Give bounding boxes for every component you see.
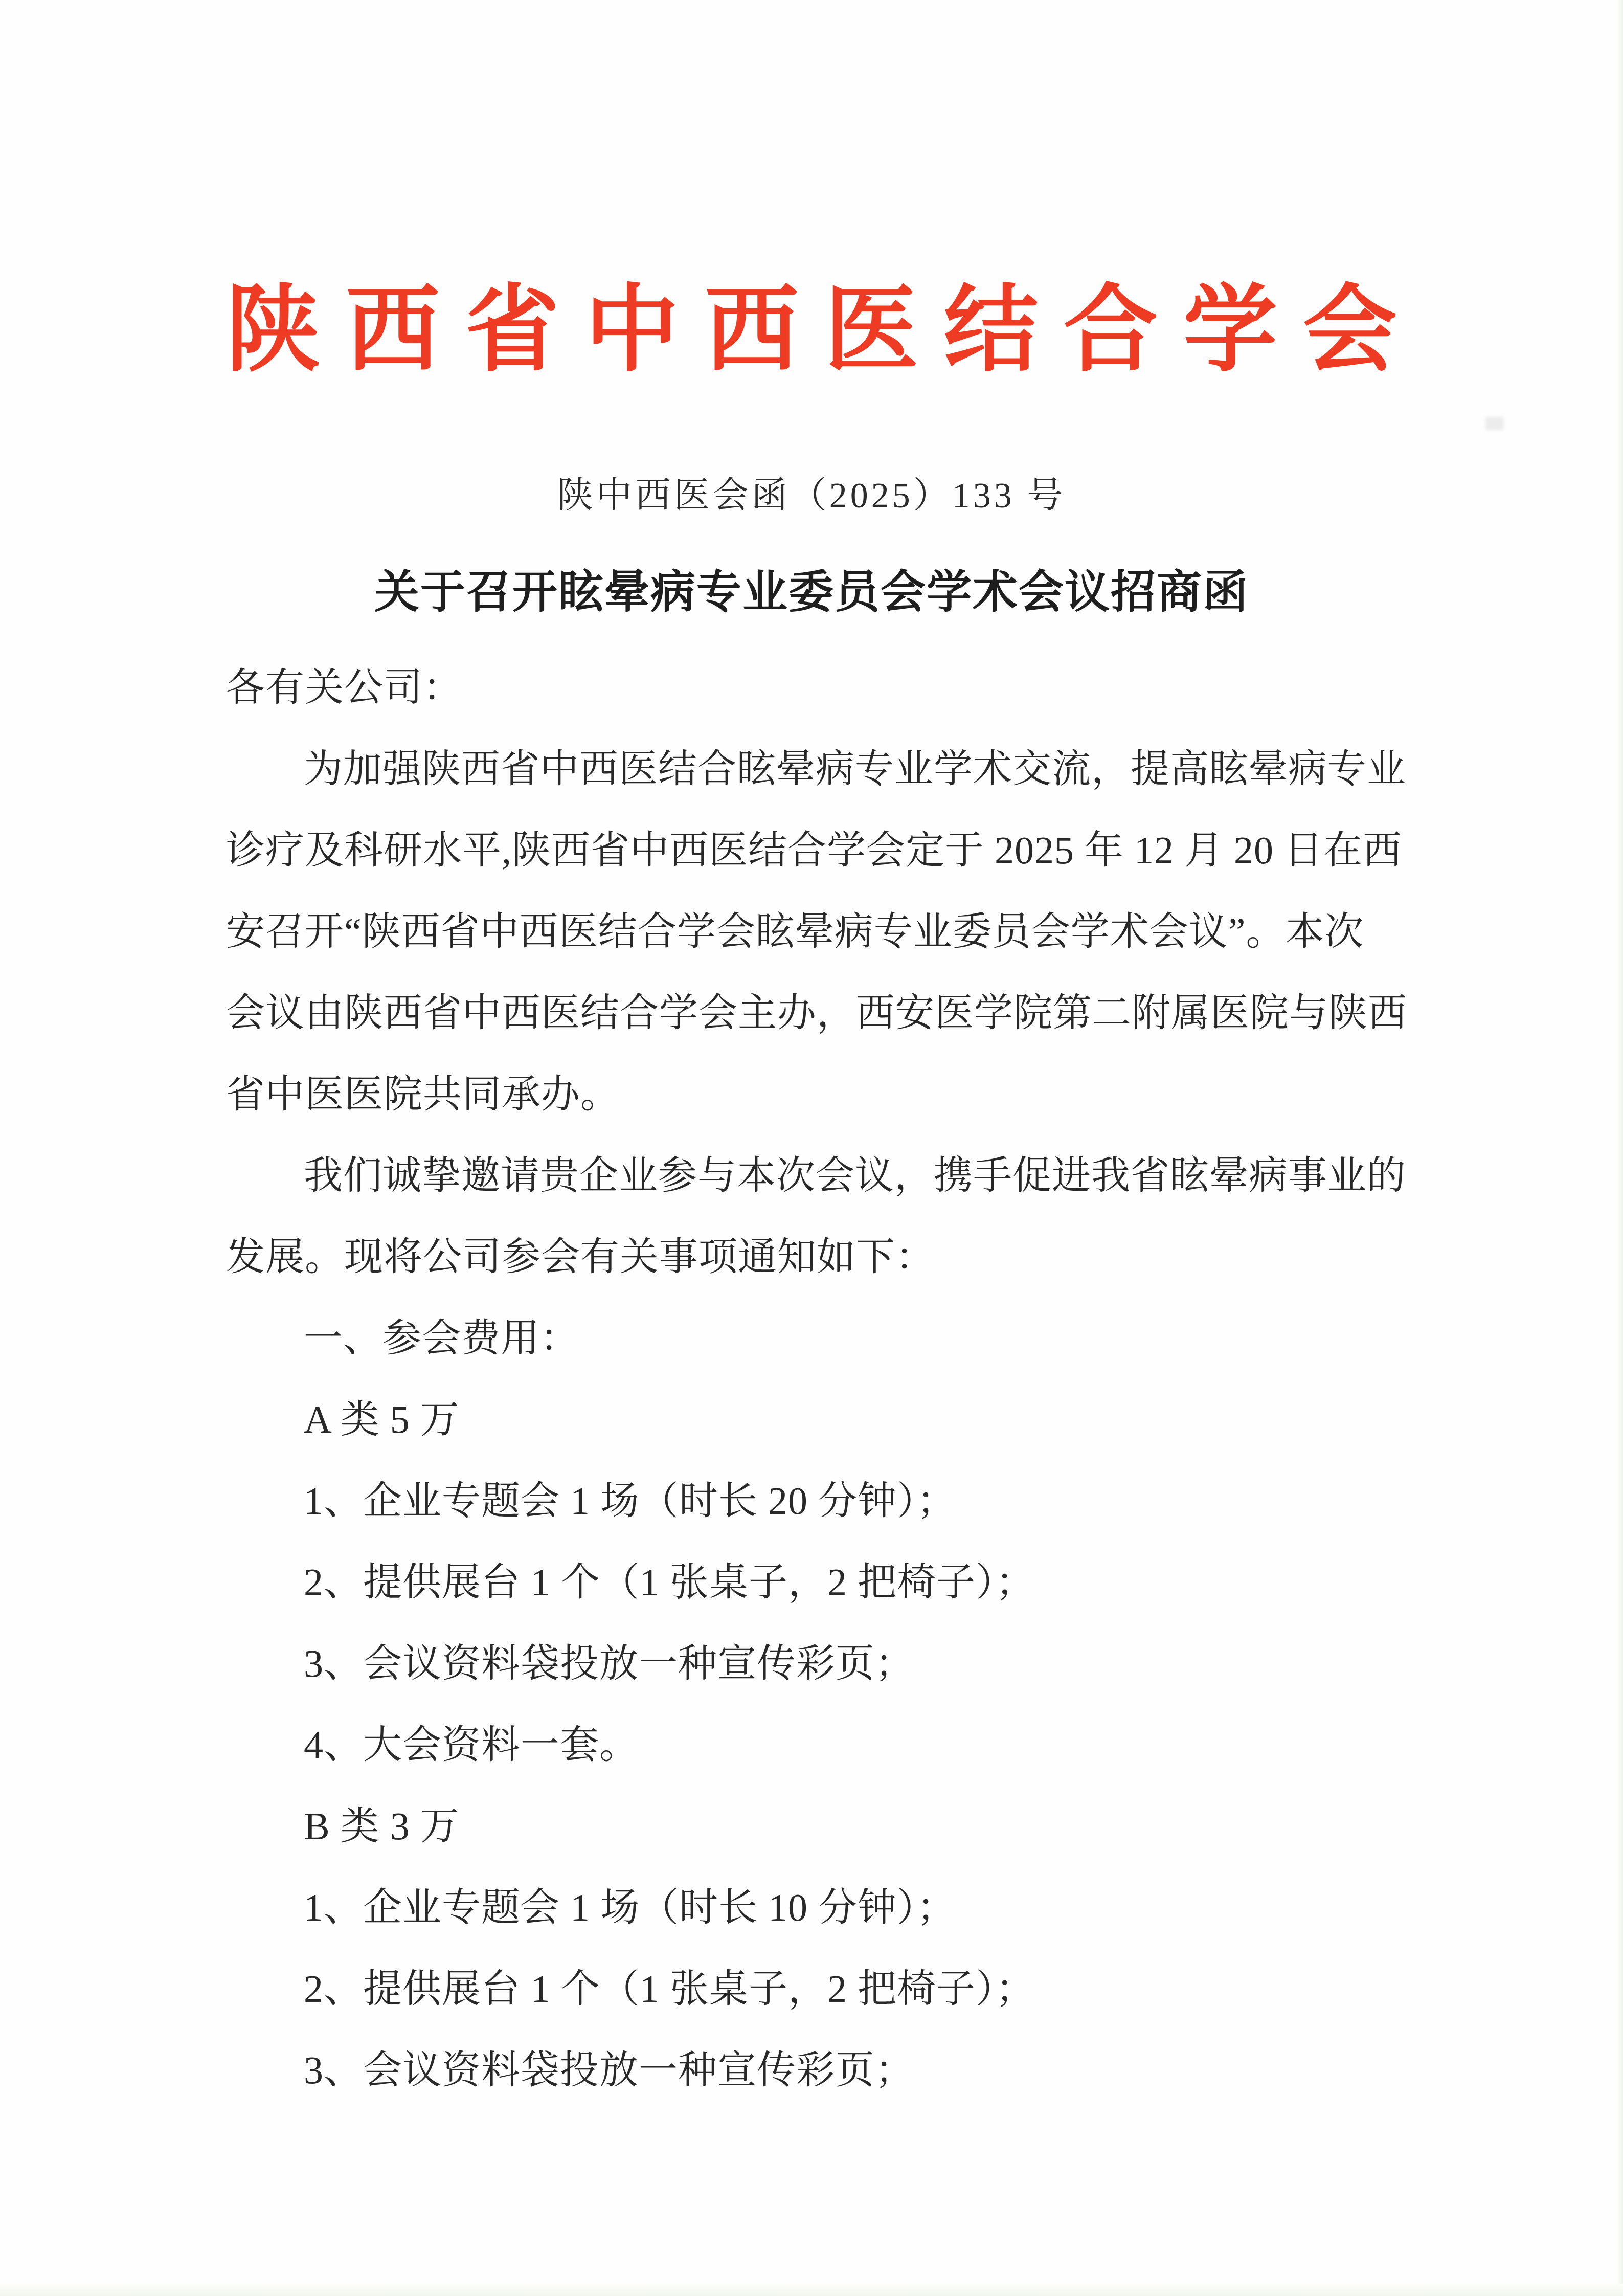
body-line: 会议由陕西省中西医结合学会主办，西安医学院第二附属医院与陕西 (226, 973, 1417, 1054)
body-line: B 类 3 万 (226, 1786, 1417, 1867)
document-title: 关于召开眩晕病专业委员会学术会议招商函 (0, 566, 1623, 620)
letterhead-title: 陕西省中西医结合学会 (0, 279, 1623, 382)
body-line: 1、企业专题会 1 场（时长 10 分钟）； (226, 1867, 1417, 1949)
body-line: 发展。现将公司参会有关事项通知如下： (226, 1217, 1417, 1298)
body-line: 安召开“陕西省中西医结合学会眩晕病专业委员会学术会议”。本次 (226, 891, 1417, 973)
body-line: 为加强陕西省中西医结合眩晕病专业学术交流，提高眩晕病专业 (226, 729, 1417, 810)
page-bottom-edge (0, 2284, 1623, 2296)
body-line: 2、提供展台 1 个（1 张桌子，2 把椅子）； (226, 1542, 1417, 1623)
body-line: 3、会议资料袋投放一种宣传彩页； (226, 2030, 1417, 2111)
document-body: 各有关公司：为加强陕西省中西医结合眩晕病专业学术交流，提高眩晕病专业诊疗及科研水… (226, 648, 1417, 2111)
doc-ref-number: 陕中西医会函（2025）133 号 (0, 475, 1623, 518)
salutation-line: 各有关公司： (226, 648, 1417, 729)
body-line: 4、大会资料一套。 (226, 1705, 1417, 1786)
page-right-edge (1617, 0, 1623, 2296)
body-line: 3、会议资料袋投放一种宣传彩页； (226, 1623, 1417, 1705)
scan-artifact-dot (1485, 417, 1504, 430)
body-line: 我们诚挚邀请贵企业参与本次会议，携手促进我省眩晕病事业的 (226, 1135, 1417, 1217)
body-line: 省中医医院共同承办。 (226, 1054, 1417, 1135)
body-line: 一、参会费用： (226, 1298, 1417, 1379)
body-line: 2、提供展台 1 个（1 张桌子，2 把椅子）； (226, 1949, 1417, 2030)
body-line: 1、企业专题会 1 场（时长 20 分钟）； (226, 1461, 1417, 1542)
document-page: 陕西省中西医结合学会 陕中西医会函（2025）133 号 关于召开眩晕病专业委员… (0, 0, 1623, 2296)
body-line: A 类 5 万 (226, 1379, 1417, 1461)
body-line: 诊疗及科研水平,陕西省中西医结合学会定于 2025 年 12 月 20 日在西 (226, 810, 1417, 891)
